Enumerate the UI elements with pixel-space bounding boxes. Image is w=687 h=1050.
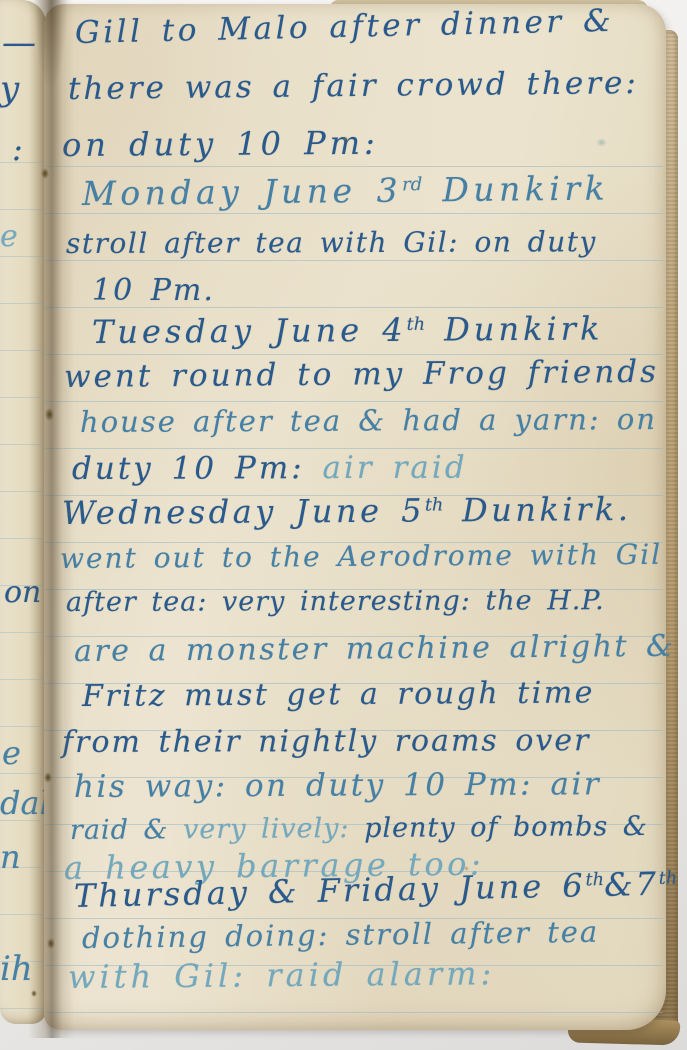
left-page-fragment-8: n: [0, 840, 21, 876]
diary-line-10: duty 10 Pm: air raid: [72, 451, 468, 487]
left-page-text-fragments: —y:eonedalnih: [0, 0, 46, 1024]
diary-text-segment: Monday June 3: [82, 171, 402, 213]
diary-line-18: raid & very lively: plenty of bombs &: [70, 812, 648, 846]
left-page-fragment-9: ih: [0, 950, 33, 988]
diary-line-3: on duty 10 Pm:: [62, 126, 379, 164]
paper-stain: [342, 136, 349, 142]
diary-line-16: from their nightly roams over: [62, 724, 591, 759]
diary-text-segment: duty 10 Pm:: [72, 450, 323, 487]
diary-text-segment: Fritz must get a rough time: [82, 675, 595, 714]
diary-line-19: a heavy barrage too:: [64, 847, 485, 887]
left-page-fragment-3: :: [12, 132, 23, 168]
diary-text-segment: are a monster machine alright &: [74, 629, 676, 669]
handwriting-layer: Gill to Malo after dinner &there was a f…: [44, 4, 666, 1030]
diary-text-segment: went round to my Frog friends: [64, 354, 659, 395]
ruled-lines: [44, 166, 663, 1020]
diary-text-segment: air raid: [322, 450, 467, 487]
left-page-fragment-1: —: [2, 24, 36, 62]
diary-text-segment: a heavy barrage too:: [64, 845, 485, 887]
diary-text-segment: dothing doing: stroll after tea: [82, 915, 600, 955]
diary-text-segment: Dunkirk: [425, 309, 604, 348]
diary-text-segment: 10 Pm.: [92, 273, 215, 308]
diary-line-22: with Gil: raid alarm:: [68, 956, 496, 996]
diary-text-segment: went out to the Aerodrome with Gil: [60, 538, 662, 575]
diary-scan: —y:eonedalnih Gill to Malo after dinner …: [0, 0, 687, 1050]
diary-text-segment: raid &: [70, 814, 183, 846]
left-page-fragment-4: e: [0, 220, 18, 254]
diary-text-segment: Dunkirk: [422, 168, 609, 209]
diary-page: Gill to Malo after dinner &there was a f…: [44, 4, 666, 1030]
diary-line-7: Tuesday June 4th Dunkirk: [92, 311, 604, 350]
diary-line-20: Thursday & Friday June 6th&7th: [74, 866, 678, 914]
ruled-lines-left: [0, 162, 46, 1010]
diary-line-17: his way: on duty 10 Pm: air: [74, 767, 601, 804]
ordinal-superscript: th: [585, 871, 604, 891]
ordinal-superscript: rd: [402, 175, 423, 196]
diary-line-2: there was a fair crowd there:: [68, 66, 639, 107]
diary-text-segment: plenty of bombs &: [364, 811, 648, 844]
diary-line-9: house after tea & had a yarn: on: [80, 403, 657, 438]
diary-line-14: are a monster machine alright &: [74, 630, 676, 669]
diary-line-1: Gill to Malo after dinner &: [75, 4, 615, 51]
ink-smudge: [596, 138, 607, 147]
diary-text-segment: on duty 10 Pm:: [62, 124, 379, 164]
diary-text-segment: Gill to Malo after dinner &: [75, 3, 615, 51]
diary-text-segment: house after tea & had a yarn: on: [80, 402, 657, 439]
left-page-sliver: —y:eonedalnih: [0, 0, 46, 1024]
diary-text-segment: his way: on duty 10 Pm: air: [74, 766, 601, 805]
diary-line-5: stroll after tea with Gil: on duty: [66, 226, 597, 259]
diary-text-segment: Thursday & Friday June 6: [74, 866, 586, 915]
diary-text-segment: there was a fair crowd there:: [68, 65, 639, 107]
diary-text-segment: from their nightly roams over: [62, 723, 591, 760]
diary-line-8: went round to my Frog friends: [64, 355, 659, 395]
diary-line-12: went out to the Aerodrome with Gil: [60, 539, 662, 575]
diary-line-15: Fritz must get a rough time: [82, 676, 595, 713]
diary-text-segment: very lively:: [183, 813, 364, 845]
left-page-fragment-7: dal: [0, 786, 50, 822]
diary-text-segment: Tuesday June 4: [92, 311, 407, 351]
diary-line-13: after tea: very interesting: the H.P.: [66, 586, 605, 618]
left-page-fragment-2: y: [0, 70, 19, 108]
diary-text-segment: after tea: very interesting: the H.P.: [66, 585, 605, 618]
left-page-fragment-5: on: [4, 576, 41, 610]
diary-line-4: Monday June 3rd Dunkirk: [82, 170, 610, 212]
diary-line-21: dothing doing: stroll after tea: [82, 916, 600, 955]
diary-text-segment: stroll after tea with Gil: on duty: [66, 225, 597, 260]
diary-line-11: Wednesday June 5th Dunkirk.: [62, 492, 632, 532]
left-page-fragment-6: e: [2, 736, 21, 772]
diary-text-segment: with Gil: raid alarm:: [68, 954, 496, 996]
ordinal-superscript: th: [425, 496, 444, 516]
paper-stain: [464, 866, 469, 871]
diary-line-6: 10 Pm.: [92, 274, 215, 308]
diary-text-segment: Wednesday June 5: [62, 491, 425, 532]
ordinal-superscript: th: [407, 316, 426, 336]
diary-text-segment: &7: [604, 865, 660, 904]
diary-text-segment: Dunkirk.: [443, 490, 631, 529]
